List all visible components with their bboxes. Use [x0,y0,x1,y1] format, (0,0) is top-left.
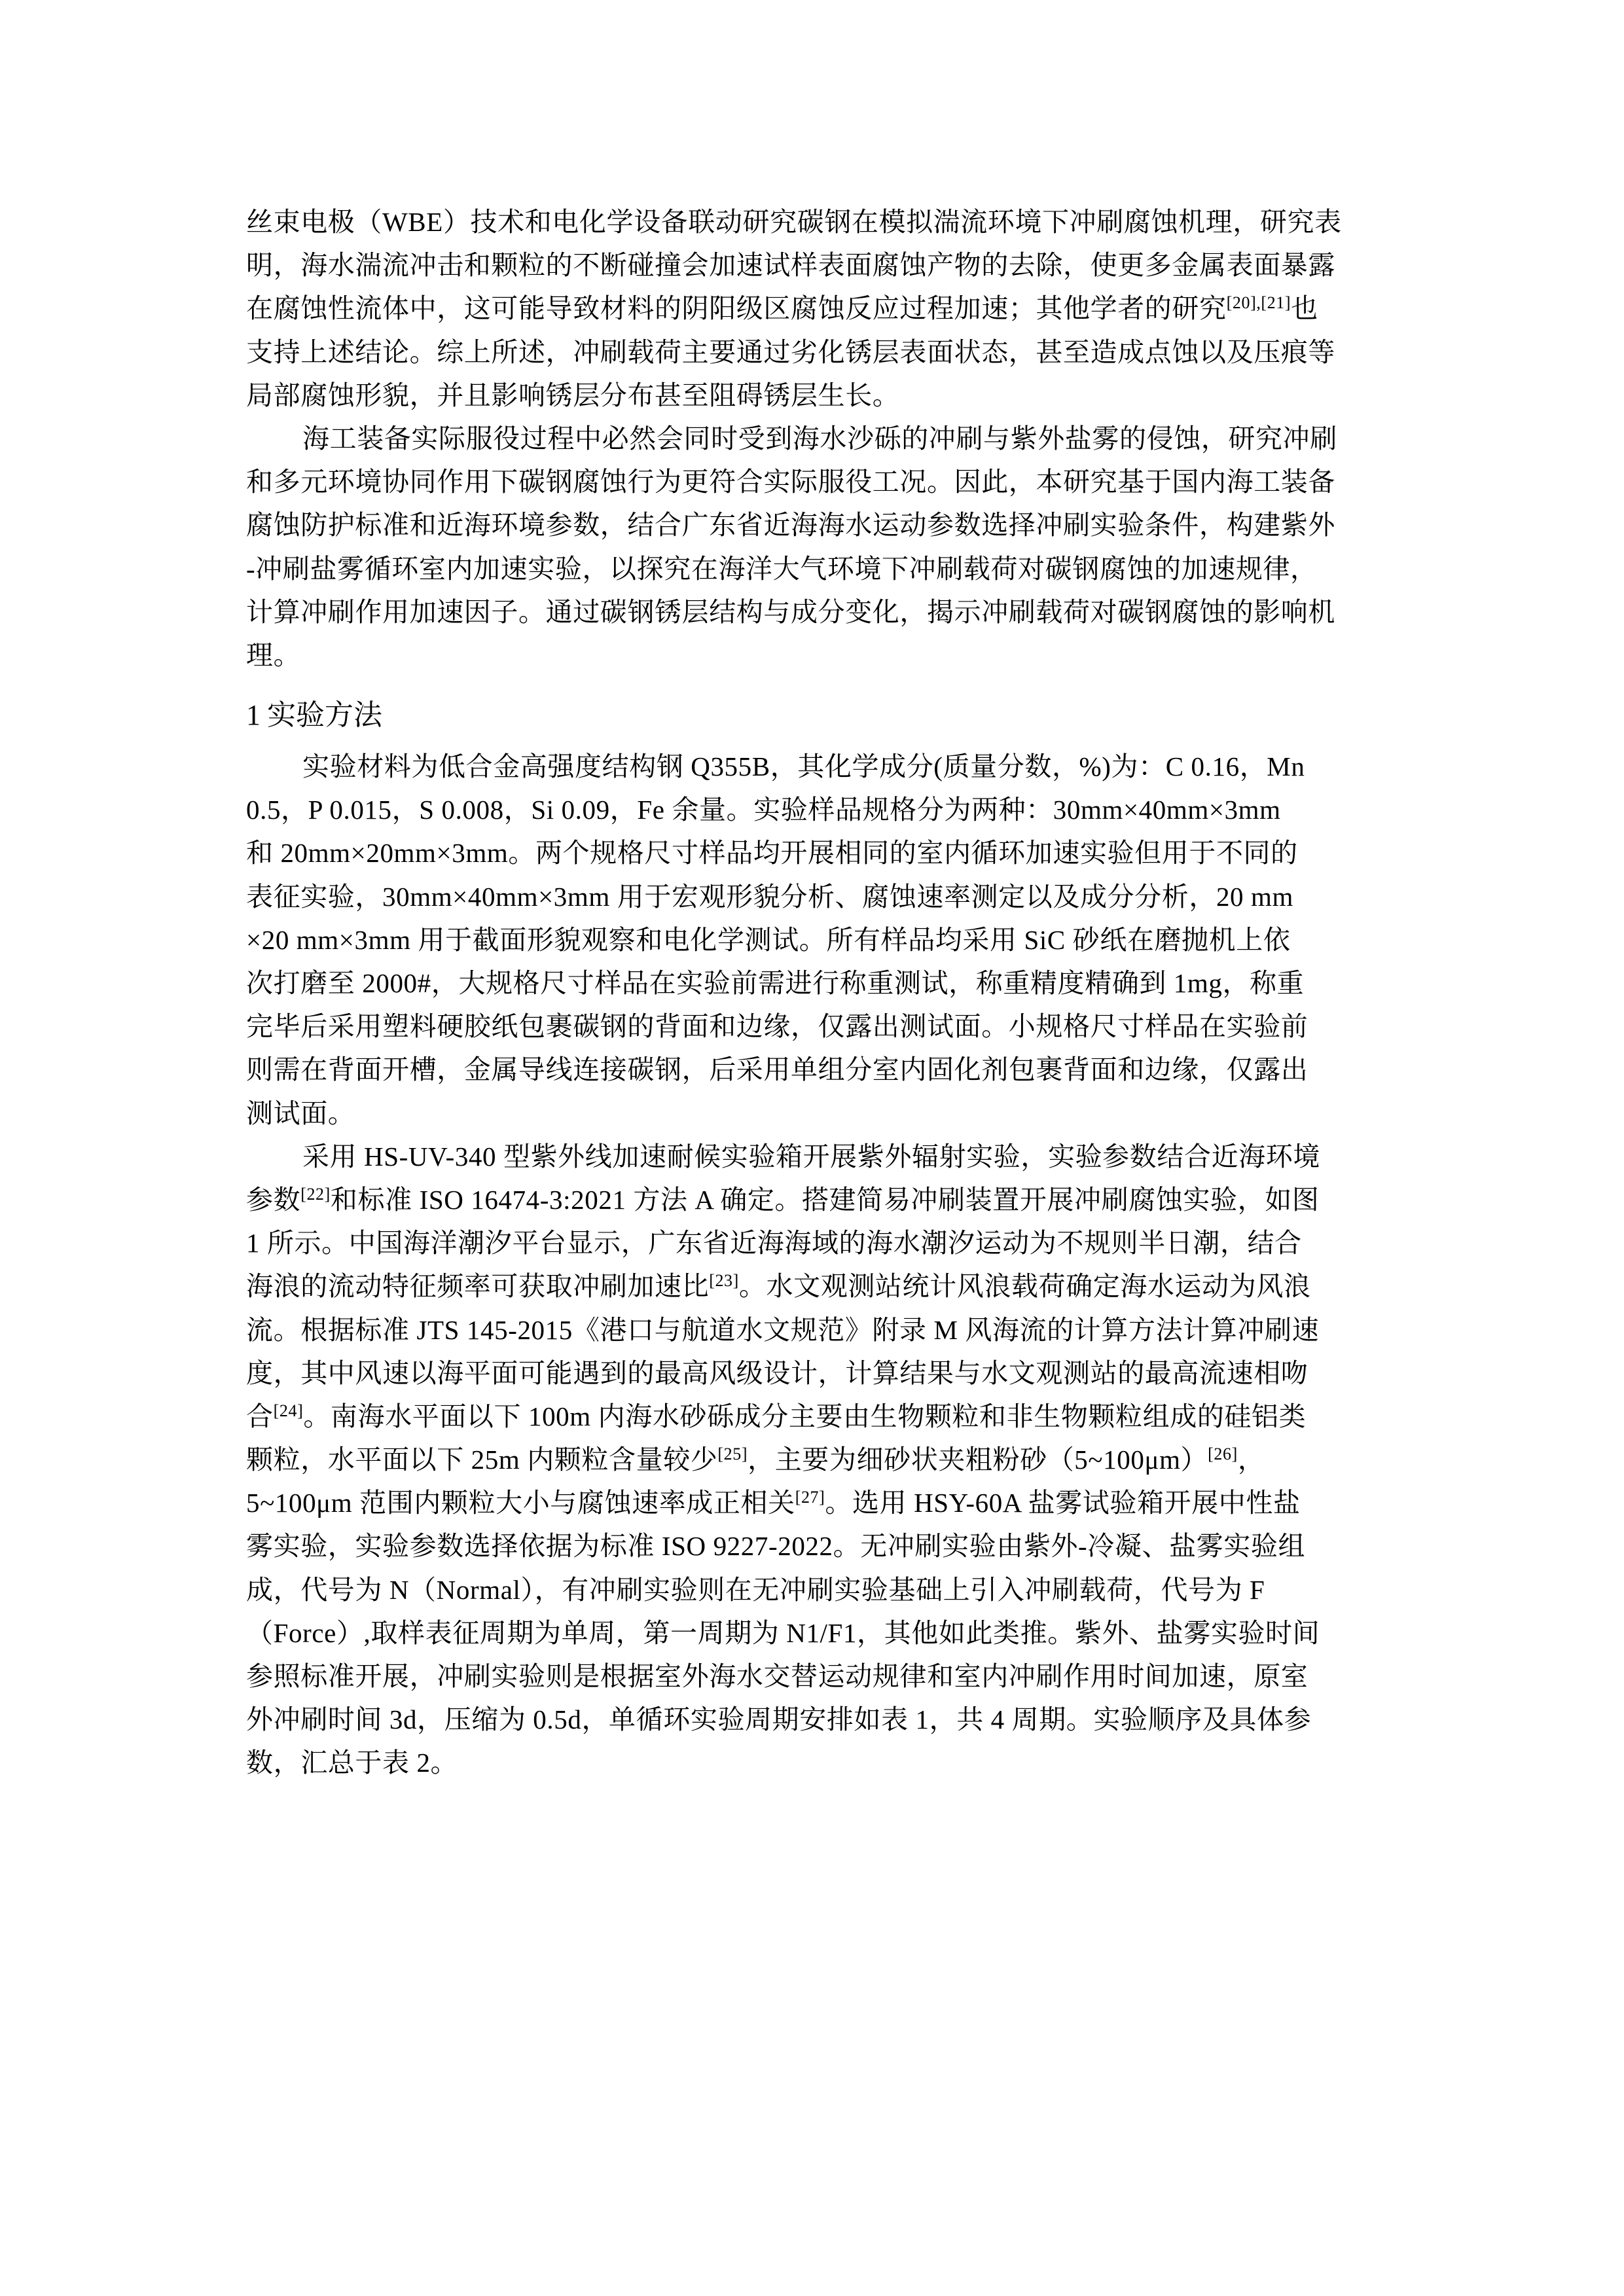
text-run: 数，汇总于表 2。 [246,1748,458,1778]
citation-superscript: [24] [274,1401,304,1420]
text-line: 海工装备实际服役过程中必然会同时受到海水沙砾的冲刷与紫外盐雾的侵蚀，研究冲刷 [246,417,1379,460]
text-line: 表征实验，30mm×40mm×3mm 用于宏观形貌分析、腐蚀速率测定以及成分分析… [246,875,1379,918]
text-run: 完毕后采用塑料硬胶纸包裹碳钢的背面和边缘，仅露出测试面。小规格尺寸样品在实验前 [246,1011,1308,1041]
text-line: 雾实验，实验参数选择依据为标准 ISO 9227-2022。无冲刷实验由紫外-冷… [246,1524,1379,1568]
paragraph-p4: 采用 HS-UV-340 型紫外线加速耐候实验箱开展紫外辐射实验，实验参数结合近… [246,1135,1379,1785]
text-run: 测试面。 [246,1098,355,1128]
section-title: 实验方法 [267,699,382,731]
text-run: 和标准 ISO 16474-3:2021 方法 A 确定。搭建简易冲刷装置开展冲… [331,1185,1320,1215]
text-run: 1 所示。中国海洋潮汐平台显示，广东省近海海域的海水潮汐运动为不规则半日潮，结合 [246,1228,1302,1258]
text-line: 数，汇总于表 2。 [246,1741,1379,1784]
text-line: 海浪的流动特征频率可获取冲刷加速比[23]。水文观测站统计风浪载荷确定海水运动为… [246,1265,1379,1308]
text-run: 计算冲刷作用加速因子。通过碳钢锈层结构与成分变化，揭示冲刷载荷对碳钢腐蚀的影响机 [246,597,1335,627]
text-line: ×20 mm×3mm 用于截面形貌观察和电化学测试。所有样品均采用 SiC 砂纸… [246,918,1379,961]
text-run: 。南海水平面以下 100m 内海水砂砾成分主要由生物颗粒和非生物颗粒组成的硅铝类 [303,1401,1306,1431]
text-run: 海浪的流动特征频率可获取冲刷加速比 [246,1271,709,1301]
text-run: 海工装备实际服役过程中必然会同时受到海水沙砾的冲刷与紫外盐雾的侵蚀，研究冲刷 [302,423,1337,454]
text-run: 颗粒，水平面以下 25m 内颗粒含量较少 [246,1444,717,1475]
citation-superscript: [20],[21] [1227,293,1291,312]
text-run: 腐蚀防护标准和近海环境参数，结合广东省近海海水运动参数选择冲刷实验条件，构建紫外 [246,510,1335,540]
text-run: 。水文观测站统计风浪载荷确定海水运动为风浪 [739,1271,1311,1301]
text-run: 。选用 HSY-60A 盐雾试验箱开展中性盐 [825,1488,1300,1518]
text-line: 5~100μm 范围内颗粒大小与腐蚀速率成正相关[27]。选用 HSY-60A … [246,1481,1379,1524]
text-line: 明，海水湍流冲击和颗粒的不断碰撞会加速试样表面腐蚀产物的去除，使更多金属表面暴露 [246,243,1379,287]
text-run: 成，代号为 N（Normal），有冲刷实验则在无冲刷实验基础上引入冲刷载荷，代号… [246,1575,1265,1605]
paragraph-p3: 实验材料为低合金高强度结构钢 Q355B，其化学成分(质量分数，%)为：C 0.… [246,745,1379,1135]
citation-superscript: [25] [717,1444,748,1463]
text-line: 和多元环境协同作用下碳钢腐蚀行为更符合实际服役工况。因此，本研究基于国内海工装备 [246,460,1379,503]
text-run: 丝束电极（WBE）技术和电化学设备联动研究碳钢在模拟湍流环境下冲刷腐蚀机理，研究… [246,207,1342,237]
text-line: 丝束电极（WBE）技术和电化学设备联动研究碳钢在模拟湍流环境下冲刷腐蚀机理，研究… [246,200,1379,243]
text-run: 则需在背面开槽，金属导线连接碳钢，后采用单组分室内固化剂包裹背面和边缘，仅露出 [246,1054,1308,1085]
text-line: （Force）,取样表征周期为单周，第一周期为 N1/F1，其他如此类推。紫外、… [246,1611,1379,1655]
text-run: 度，其中风速以海平面可能遇到的最高风级设计，计算结果与水文观测站的最高流速相吻 [246,1358,1308,1388]
text-run: 和多元环境协同作用下碳钢腐蚀行为更符合实际服役工况。因此，本研究基于国内海工装备 [246,467,1335,497]
text-run: ，主要为细砂状夹粗粉砂（5~100μm） [748,1444,1208,1475]
text-run: 合 [246,1401,274,1431]
text-line: 外冲刷时间 3d，压缩为 0.5d，单循环实验周期安排如表 1，共 4 周期。实… [246,1698,1379,1741]
paragraph-p2: 海工装备实际服役过程中必然会同时受到海水沙砾的冲刷与紫外盐雾的侵蚀，研究冲刷和多… [246,417,1379,677]
text-line: -冲刷盐雾循环室内加速实验，以探究在海洋大气环境下冲刷载荷对碳钢腐蚀的加速规律， [246,547,1379,590]
text-run: 明，海水湍流冲击和颗粒的不断碰撞会加速试样表面腐蚀产物的去除，使更多金属表面暴露 [246,250,1335,280]
text-line: 参数[22]和标准 ISO 16474-3:2021 方法 A 确定。搭建简易冲… [246,1178,1379,1221]
text-line: 度，其中风速以海平面可能遇到的最高风级设计，计算结果与水文观测站的最高流速相吻 [246,1352,1379,1395]
text-line: 局部腐蚀形貌，并且影响锈层分布甚至阻碍锈层生长。 [246,374,1379,417]
text-run: 表征实验，30mm×40mm×3mm 用于宏观形貌分析、腐蚀速率测定以及成分分析… [246,882,1293,912]
text-run: 5~100μm 范围内颗粒大小与腐蚀速率成正相关 [246,1488,795,1518]
text-run: 局部腐蚀形貌，并且影响锈层分布甚至阻碍锈层生长。 [246,380,899,410]
text-run: 理。 [246,640,300,670]
text-run: （Force）,取样表征周期为单周，第一周期为 N1/F1，其他如此类推。紫外、… [246,1618,1320,1648]
text-line: 则需在背面开槽，金属导线连接碳钢，后采用单组分室内固化剂包裹背面和边缘，仅露出 [246,1048,1379,1091]
text-line: 采用 HS-UV-340 型紫外线加速耐候实验箱开展紫外辐射实验，实验参数结合近… [246,1135,1379,1178]
text-run: 实验材料为低合金高强度结构钢 Q355B，其化学成分(质量分数，%)为：C 0.… [302,751,1305,781]
text-run: 雾实验，实验参数选择依据为标准 ISO 9227-2022。无冲刷实验由紫外-冷… [246,1531,1305,1561]
text-line: 成，代号为 N（Normal），有冲刷实验则在无冲刷实验基础上引入冲刷载荷，代号… [246,1568,1379,1611]
text-line: 参照标准开展，冲刷实验则是根据室外海水交替运动规律和室内冲刷作用时间加速，原室 [246,1655,1379,1698]
intro-section: 丝束电极（WBE）技术和电化学设备联动研究碳钢在模拟湍流环境下冲刷腐蚀机理，研究… [246,200,1379,677]
text-line: 流。根据标准 JTS 145-2015《港口与航道水文规范》附录 M 风海流的计… [246,1308,1379,1352]
text-line: 和 20mm×20mm×3mm。两个规格尺寸样品均开展相同的室内循环加速实验但用… [246,831,1379,874]
text-run: 流。根据标准 JTS 145-2015《港口与航道水文规范》附录 M 风海流的计… [246,1315,1319,1345]
section-number: 1 [246,699,261,731]
text-run: 和 20mm×20mm×3mm。两个规格尺寸样品均开展相同的室内循环加速实验但用… [246,838,1298,868]
text-run: 支持上述结论。综上所述，冲刷载荷主要通过劣化锈层表面状态，甚至造成点蚀以及压痕等 [246,337,1335,367]
text-column: 丝束电极（WBE）技术和电化学设备联动研究碳钢在模拟湍流环境下冲刷腐蚀机理，研究… [246,200,1379,1785]
text-run: ， [1238,1444,1265,1475]
text-line: 次打磨至 2000#，大规格尺寸样品在实验前需进行称重测试，称重精度精确到 1m… [246,961,1379,1005]
text-run: ×20 mm×3mm 用于截面形貌观察和电化学测试。所有样品均采用 SiC 砂纸… [246,925,1290,955]
citation-superscript: [22] [300,1185,331,1204]
text-line: 理。 [246,634,1379,677]
text-line: 合[24]。南海水平面以下 100m 内海水砂砾成分主要由生物颗粒和非生物颗粒组… [246,1395,1379,1438]
text-run: 0.5，P 0.015，S 0.008，Si 0.09，Fe 余量。实验样品规格… [246,795,1281,825]
citation-superscript: [26] [1208,1444,1238,1463]
text-line: 测试面。 [246,1092,1379,1135]
text-line: 在腐蚀性流体中，这可能导致材料的阴阳级区腐蚀反应过程加速；其他学者的研究[20]… [246,287,1379,330]
text-line: 实验材料为低合金高强度结构钢 Q355B，其化学成分(质量分数，%)为：C 0.… [246,745,1379,788]
document-page: 丝束电极（WBE）技术和电化学设备联动研究碳钢在模拟湍流环境下冲刷腐蚀机理，研究… [0,0,1624,2296]
text-line: 颗粒，水平面以下 25m 内颗粒含量较少[25]，主要为细砂状夹粗粉砂（5~10… [246,1438,1379,1481]
text-line: 0.5，P 0.015，S 0.008，Si 0.09，Fe 余量。实验样品规格… [246,788,1379,831]
methods-section: 实验材料为低合金高强度结构钢 Q355B，其化学成分(质量分数，%)为：C 0.… [246,745,1379,1785]
text-run: 次打磨至 2000#，大规格尺寸样品在实验前需进行称重测试，称重精度精确到 1m… [246,968,1304,998]
paragraph-p1: 丝束电极（WBE）技术和电化学设备联动研究碳钢在模拟湍流环境下冲刷腐蚀机理，研究… [246,200,1379,417]
text-run: -冲刷盐雾循环室内加速实验，以探究在海洋大气环境下冲刷载荷对碳钢腐蚀的加速规律， [246,554,1318,584]
text-line: 腐蚀防护标准和近海环境参数，结合广东省近海海水运动参数选择冲刷实验条件，构建紫外 [246,503,1379,547]
text-line: 计算冲刷作用加速因子。通过碳钢锈层结构与成分变化，揭示冲刷载荷对碳钢腐蚀的影响机 [246,590,1379,634]
text-run: 采用 HS-UV-340 型紫外线加速耐候实验箱开展紫外辐射实验，实验参数结合近… [302,1141,1320,1172]
text-line: 完毕后采用塑料硬胶纸包裹碳钢的背面和边缘，仅露出测试面。小规格尺寸样品在实验前 [246,1005,1379,1048]
section-heading: 1实验方法 [246,691,1379,740]
text-run: 参数 [246,1185,300,1215]
text-run: 参照标准开展，冲刷实验则是根据室外海水交替运动规律和室内冲刷作用时间加速，原室 [246,1661,1308,1691]
text-line: 支持上述结论。综上所述，冲刷载荷主要通过劣化锈层表面状态，甚至造成点蚀以及压痕等 [246,331,1379,374]
citation-superscript: [23] [709,1271,739,1290]
text-run: 也 [1291,293,1318,323]
text-run: 外冲刷时间 3d，压缩为 0.5d，单循环实验周期安排如表 1，共 4 周期。实… [246,1704,1311,1734]
text-run: 在腐蚀性流体中，这可能导致材料的阴阳级区腐蚀反应过程加速；其他学者的研究 [246,293,1227,323]
text-line: 1 所示。中国海洋潮汐平台显示，广东省近海海域的海水潮汐运动为不规则半日潮，结合 [246,1221,1379,1265]
citation-superscript: [27] [795,1488,825,1507]
